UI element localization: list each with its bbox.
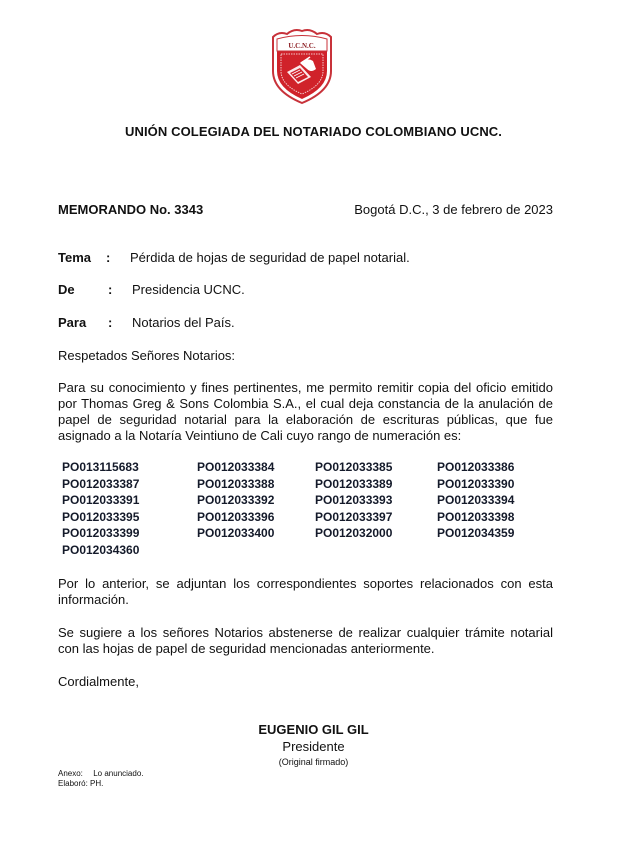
annex-value: Lo anunciado. bbox=[93, 769, 143, 778]
field-de-value: Presidencia UCNC. bbox=[132, 282, 245, 297]
signature-note: (Original firmado) bbox=[0, 757, 627, 767]
field-de-colon: : bbox=[108, 282, 112, 297]
security-paper-code: PO012033396 bbox=[197, 509, 315, 526]
security-paper-code: PO012033397 bbox=[315, 509, 437, 526]
memo-date: Bogotá D.C., 3 de febrero de 2023 bbox=[354, 202, 553, 217]
security-paper-code: PO012033395 bbox=[62, 509, 197, 526]
field-para-value: Notarios del País. bbox=[132, 315, 235, 330]
field-para-label: Para bbox=[58, 315, 86, 330]
security-paper-code: PO012033391 bbox=[62, 492, 197, 509]
body-paragraph-2: Por lo anterior, se adjuntan los corresp… bbox=[58, 576, 553, 608]
field-tema-label: Tema bbox=[58, 250, 91, 265]
memo-number: MEMORANDO No. 3343 bbox=[58, 202, 203, 217]
field-para-colon: : bbox=[108, 315, 112, 330]
signer-name: EUGENIO GIL GIL bbox=[0, 722, 627, 737]
field-de-label: De bbox=[58, 282, 75, 297]
security-paper-code: PO012033394 bbox=[437, 492, 557, 509]
security-paper-code: PO012033392 bbox=[197, 492, 315, 509]
security-paper-code: PO012033398 bbox=[437, 509, 557, 526]
security-paper-code: PO012033384 bbox=[197, 459, 315, 476]
organization-title: UNIÓN COLEGIADA DEL NOTARIADO COLOMBIANO… bbox=[0, 124, 627, 139]
security-paper-code: PO012033387 bbox=[62, 476, 197, 493]
salutation: Respetados Señores Notarios: bbox=[58, 348, 553, 364]
prepared-value: PH. bbox=[90, 779, 103, 788]
security-paper-code: PO013115683 bbox=[62, 459, 197, 476]
security-paper-code: PO012033390 bbox=[437, 476, 557, 493]
body-paragraph-1: Para su conocimiento y fines pertinentes… bbox=[58, 380, 553, 444]
signer-role: Presidente bbox=[0, 739, 627, 754]
security-paper-code: PO012033385 bbox=[315, 459, 437, 476]
annex-label: Anexo: bbox=[58, 769, 91, 779]
field-tema-value: Pérdida de hojas de seguridad de papel n… bbox=[130, 250, 410, 265]
security-paper-code: PO012034360 bbox=[62, 542, 197, 559]
footer-annex: Anexo: Lo anunciado. bbox=[58, 769, 144, 779]
security-paper-code: PO012033388 bbox=[197, 476, 315, 493]
security-paper-code: PO012034359 bbox=[437, 525, 557, 542]
security-paper-code: PO012033393 bbox=[315, 492, 437, 509]
security-paper-codes-list: PO013115683PO012033384PO012033385PO01203… bbox=[62, 459, 562, 559]
security-paper-code: PO012033399 bbox=[62, 525, 197, 542]
security-paper-code: PO012033386 bbox=[437, 459, 557, 476]
body-paragraph-3: Se sugiere a los señores Notarios absten… bbox=[58, 625, 553, 657]
security-paper-code: PO012032000 bbox=[315, 525, 437, 542]
closing: Cordialmente, bbox=[58, 674, 553, 690]
svg-text:U.C.N.C.: U.C.N.C. bbox=[288, 42, 315, 50]
prepared-label: Elaboró: bbox=[58, 779, 88, 788]
footer-prepared-by: Elaboró: PH. bbox=[58, 779, 103, 789]
ucnc-shield-logo-icon: U.C.N.C. bbox=[267, 27, 337, 105]
field-tema-colon: : bbox=[106, 250, 110, 265]
security-paper-code: PO012033389 bbox=[315, 476, 437, 493]
security-paper-code: PO012033400 bbox=[197, 525, 315, 542]
